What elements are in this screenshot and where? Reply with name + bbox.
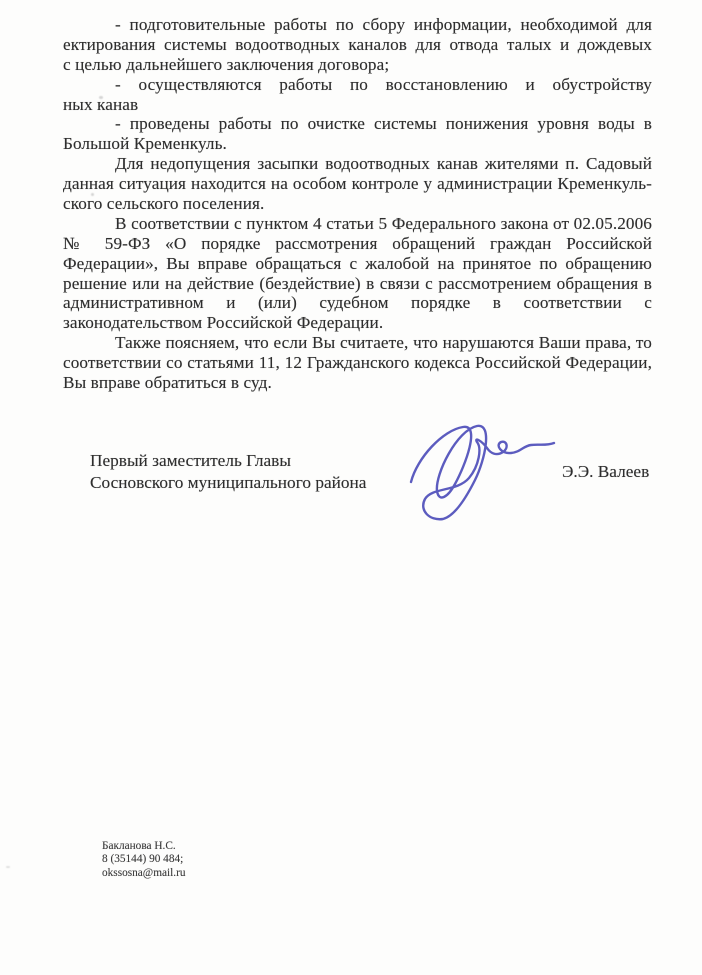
document-line: ектирования системы водоотводных каналов… [63, 35, 652, 55]
executor-contact-block: Бакланова Н.С. 8 (35144) 90 484; okssosn… [102, 840, 186, 880]
scan-speck [99, 96, 103, 99]
document-line: № 59-ФЗ «О порядке рассмотрения обращени… [63, 234, 652, 254]
executor-phone: 8 (35144) 90 484; [102, 853, 186, 866]
document-line: Большой Кременкуль. [63, 134, 652, 154]
document-line: В соответствии с пунктом 4 статьи 5 Феде… [63, 214, 652, 234]
signoff-position-line: Первый заместитель Главы [90, 450, 366, 472]
signoff-position-title: Первый заместитель Главы Сосновского мун… [90, 450, 366, 493]
handwritten-signature-icon [405, 420, 560, 528]
document-line: Также поясняем, что если Вы считаете, чт… [63, 333, 652, 353]
document-line: - проведены работы по очистке системы по… [63, 114, 652, 134]
document-line: соответствии со статьями 11, 12 Гражданс… [63, 353, 652, 373]
scan-speck [91, 193, 94, 196]
executor-name: Бакланова Н.С. [102, 840, 186, 853]
scanned-letter-page: - подготовительные работы по сбору инфор… [0, 0, 702, 975]
document-line: - осуществляются работы по восстановлени… [63, 75, 652, 95]
document-line: - подготовительные работы по сбору инфор… [63, 15, 652, 35]
document-line: Федерации», Вы вправе обращаться с жалоб… [63, 254, 652, 274]
scan-speck [6, 866, 10, 868]
document-line: данная ситуация находится на особом конт… [63, 174, 652, 194]
signature-stroke [411, 426, 554, 519]
document-line: Для недопущения засыпки водоотводных кан… [63, 154, 652, 174]
document-line: административном и (или) судебном порядк… [63, 293, 652, 313]
document-line: ных канав [63, 95, 652, 115]
signatory-name: Э.Э. Валеев [562, 462, 649, 482]
document-line: ского сельского поселения. [63, 194, 652, 214]
document-line: решение или на действие (бездействие) в … [63, 274, 652, 294]
document-line: законодательством Российской Федерации. [63, 313, 652, 333]
signoff-position-line: Сосновского муниципального района [90, 472, 366, 494]
executor-email: okssosna@mail.ru [102, 867, 186, 880]
document-line: с целью дальнейшего заключения договора; [63, 55, 652, 75]
letter-body: - подготовительные работы по сбору инфор… [63, 15, 652, 393]
document-line: Вы вправе обратиться в суд. [63, 373, 652, 393]
